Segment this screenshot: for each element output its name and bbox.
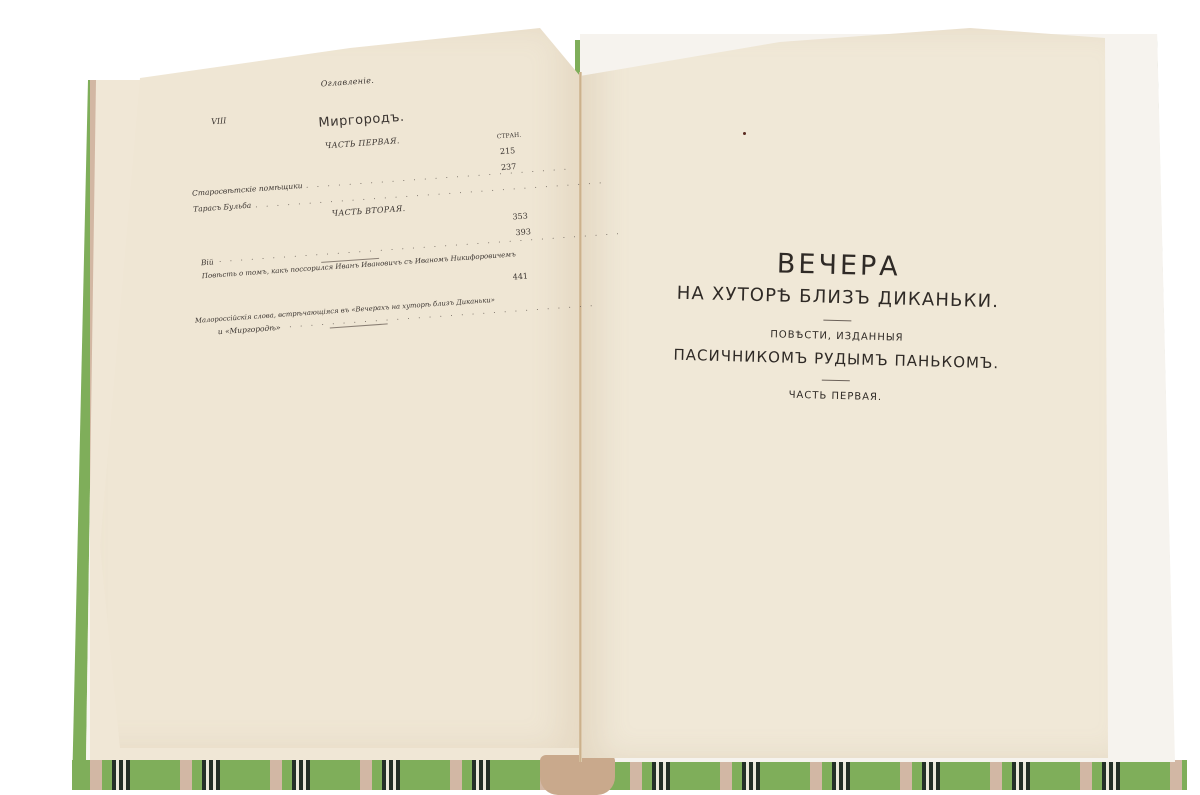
page-number: VIII — [211, 116, 227, 126]
toc-entry: Вій — [201, 257, 214, 267]
title-page: ВЕЧЕРА НА ХУТОРѢ БЛИЗЪ ДИКАНЬКИ. ПОВѢСТИ… — [635, 215, 1040, 407]
divider-rule — [822, 380, 850, 382]
divider-rule — [823, 320, 851, 322]
book-headband — [540, 755, 615, 795]
toc-page-number: 441 — [512, 272, 528, 282]
toc-page-number: 215 — [500, 146, 516, 156]
title-main: ВЕЧЕРА — [638, 245, 1039, 286]
toc-page-number: 393 — [515, 227, 531, 237]
open-book: Оглавленіе. VIII Миргородъ. ЧАСТЬ ПЕРВАЯ… — [0, 0, 1200, 795]
subtitle: ПОВѢСТИ, ИЗДАННЫЯ — [637, 326, 1037, 347]
publisher-line: ПАСИЧНИКОМЪ РУДЫМЪ ПАНЬКОМЪ. — [636, 345, 1036, 373]
paper-speck — [743, 132, 746, 135]
book-gutter — [579, 72, 582, 762]
toc-page-number: 353 — [512, 211, 528, 221]
book-cover-bottom-edge — [72, 760, 1187, 790]
title-sub: НА ХУТОРѢ БЛИЗЪ ДИКАНЬКИ. — [638, 282, 1038, 313]
cover-pattern — [72, 760, 1187, 790]
toc-page-number: 237 — [501, 162, 517, 172]
